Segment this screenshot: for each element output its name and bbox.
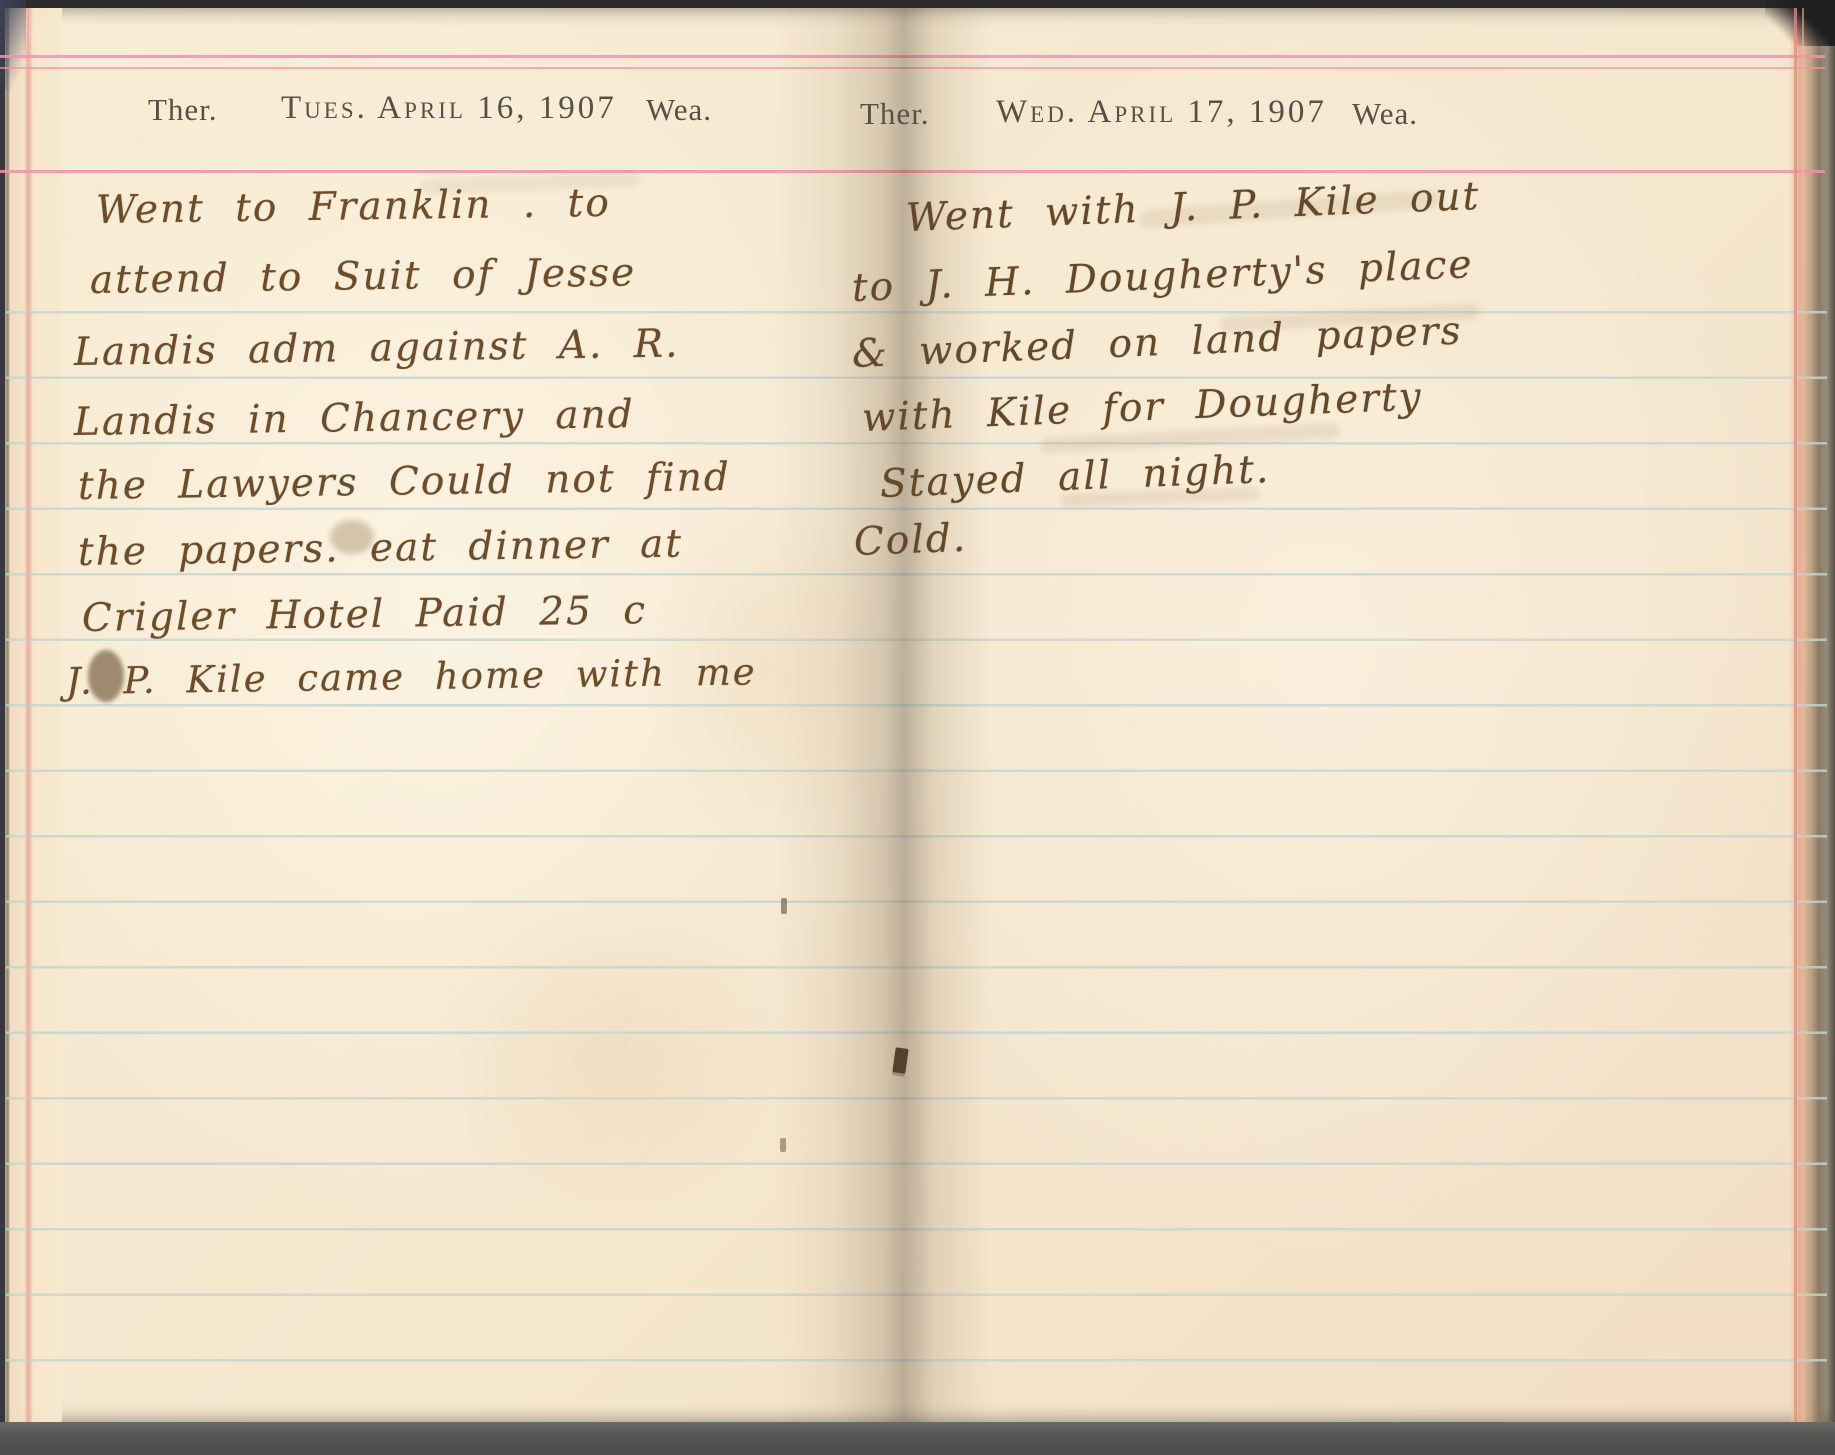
pink-margin-rule-left <box>27 8 29 1422</box>
scanner-background-bottom <box>0 1422 1835 1455</box>
ther-label: Ther. <box>148 92 218 128</box>
diary-entry-line: the Lawyers Could not find <box>78 455 731 509</box>
wea-label: Wea. <box>1352 96 1418 132</box>
binding-stitch <box>781 898 787 914</box>
binding-stitch <box>780 1138 786 1152</box>
scanner-background-corner <box>1765 0 1835 46</box>
diary-entry-line: attend to Suit of Jesse <box>90 250 637 303</box>
pink-margin-rule-right <box>1802 8 1804 1422</box>
diary-entry-line: Went to Franklin . to <box>96 181 611 233</box>
scanner-background-corner <box>0 0 26 90</box>
ink-smudge <box>330 520 374 554</box>
ink-smudge <box>88 650 124 702</box>
diary-entry-line: Crigler Hotel Paid 25 c <box>82 588 648 641</box>
diary-entry-line: Landis adm against A. R. <box>74 322 680 375</box>
date-heading: Wed. April 17, 1907 <box>996 94 1327 131</box>
diary-entry-line: Cold. <box>853 516 968 565</box>
diary-scan: Ther. Tues. April 16, 1907 Wea. Went to … <box>0 0 1835 1455</box>
wea-label: Wea. <box>646 92 712 128</box>
ther-label: Ther. <box>860 96 930 132</box>
date-heading: Tues. April 16, 1907 <box>281 90 617 127</box>
pink-margin-rule-right <box>1794 8 1797 1422</box>
diary-entry-line: Landis in Chancery and <box>74 392 635 445</box>
diary-entry-line: the papers. eat dinner at <box>78 522 684 575</box>
